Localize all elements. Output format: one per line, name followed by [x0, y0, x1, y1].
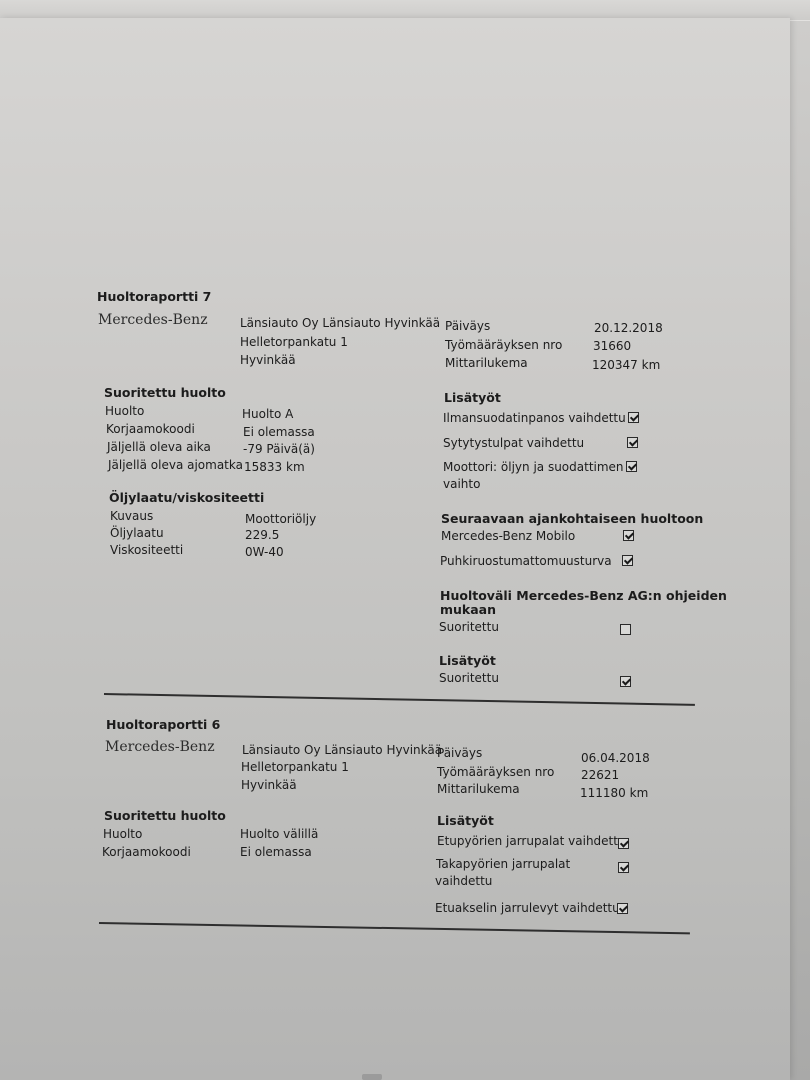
remaining-distance-label: Jäljellä oleva ajomatka — [108, 456, 243, 474]
rear-brake-pads-label-line2: vaihdettu — [435, 872, 492, 890]
dealer-street: Helletorpankatu 1 — [241, 758, 349, 776]
date-label: Päiväys — [445, 317, 490, 335]
extra-work-heading: Lisätyöt — [437, 813, 494, 828]
service-value: Huolto välillä — [240, 825, 318, 843]
remaining-time-label: Jäljellä oleva aika — [107, 438, 211, 456]
extra-done-checkbox[interactable] — [620, 676, 631, 687]
work-order-value: 31660 — [593, 337, 631, 355]
front-brake-pads-checkbox[interactable] — [618, 838, 629, 849]
extra-done-heading: Lisätyöt — [439, 653, 496, 668]
work-order-label: Työmääräyksen nro — [437, 763, 554, 781]
oil-change-checkbox[interactable] — [626, 461, 637, 472]
interval-heading-line2: mukaan — [440, 602, 496, 617]
next-service-heading: Seuraavaan ajankohtaiseen huoltoon — [441, 511, 703, 526]
report-title: Huoltoraportti 7 — [97, 289, 211, 304]
front-brake-discs-checkbox[interactable] — [617, 903, 628, 914]
viscosity-value: 0W-40 — [245, 543, 284, 561]
date-label: Päiväys — [437, 744, 482, 762]
service-value: Huolto A — [242, 405, 293, 423]
workshop-code-label: Korjaamokoodi — [102, 843, 191, 861]
oil-grade-value: 229.5 — [245, 526, 279, 544]
service-label: Huolto — [103, 825, 142, 843]
rear-brake-pads-label-line1: Takapyörien jarrupalat — [436, 855, 570, 873]
workshop-code-value: Ei olemassa — [240, 843, 312, 861]
rust-warranty-checkbox[interactable] — [622, 555, 633, 566]
dealer-city: Hyvinkää — [241, 776, 297, 794]
workshop-code-label: Korjaamokoodi — [106, 420, 195, 438]
viscosity-label: Viskositeetti — [110, 541, 183, 559]
spark-plugs-label: Sytytystulpat vaihdettu — [443, 434, 584, 452]
date-value: 06.04.2018 — [581, 749, 650, 767]
air-filter-label: Ilmansuodatinpanos vaihdettu — [443, 409, 626, 427]
dealer-name: Länsiauto Oy Länsiauto Hyvinkää — [240, 314, 440, 332]
oil-change-label-line2: vaihto — [443, 475, 480, 493]
service-heading: Suoritettu huolto — [104, 385, 226, 400]
air-filter-checkbox[interactable] — [628, 412, 639, 423]
odometer-value: 120347 km — [592, 356, 660, 374]
page-number-mark — [362, 1074, 382, 1080]
rust-warranty-label: Puhkiruostumattomuusturva — [440, 552, 612, 570]
dealer-name: Länsiauto Oy Länsiauto Hyvinkää — [242, 741, 442, 759]
dealer-city: Hyvinkää — [240, 351, 296, 369]
mobilo-checkbox[interactable] — [623, 530, 634, 541]
service-heading: Suoritettu huolto — [104, 808, 226, 823]
oil-heading: Öljylaatu/viskositeetti — [109, 490, 264, 505]
date-value: 20.12.2018 — [594, 319, 663, 337]
remaining-time-value: -79 Päivä(ä) — [243, 440, 315, 458]
oil-description-label: Kuvaus — [110, 507, 153, 525]
service-label: Huolto — [105, 402, 144, 420]
spark-plugs-checkbox[interactable] — [627, 437, 638, 448]
oil-grade-label: Öljylaatu — [110, 524, 164, 542]
oil-change-label-line1: Moottori: öljyn ja suodattimen — [443, 458, 624, 476]
workshop-code-value: Ei olemassa — [243, 423, 315, 441]
odometer-label: Mittarilukema — [437, 780, 520, 798]
odometer-label: Mittarilukema — [445, 354, 528, 372]
extra-done-label: Suoritettu — [439, 669, 499, 687]
work-order-label: Työmääräyksen nro — [445, 336, 562, 354]
dealer-street: Helletorpankatu 1 — [240, 333, 348, 351]
mobilo-label: Mercedes-Benz Mobilo — [441, 527, 575, 545]
interval-heading-line1: Huoltoväli Mercedes-Benz AG:n ohjeiden — [440, 588, 727, 603]
work-order-value: 22621 — [581, 766, 619, 784]
rear-brake-pads-checkbox[interactable] — [618, 862, 629, 873]
front-brake-pads-label: Etupyörien jarrupalat vaihdettu — [437, 832, 626, 850]
interval-done-checkbox[interactable] — [620, 624, 631, 635]
interval-done-label: Suoritettu — [439, 618, 499, 636]
odometer-value: 111180 km — [580, 784, 648, 802]
brand-logo-text: Mercedes-Benz — [105, 739, 215, 755]
report-title: Huoltoraportti 6 — [106, 717, 220, 732]
brand-logo-text: Mercedes-Benz — [98, 312, 208, 328]
remaining-distance-value: 15833 km — [244, 458, 305, 476]
front-brake-discs-label: Etuakselin jarrulevyt vaihdettu — [435, 899, 620, 917]
extra-work-heading: Lisätyöt — [444, 390, 501, 405]
